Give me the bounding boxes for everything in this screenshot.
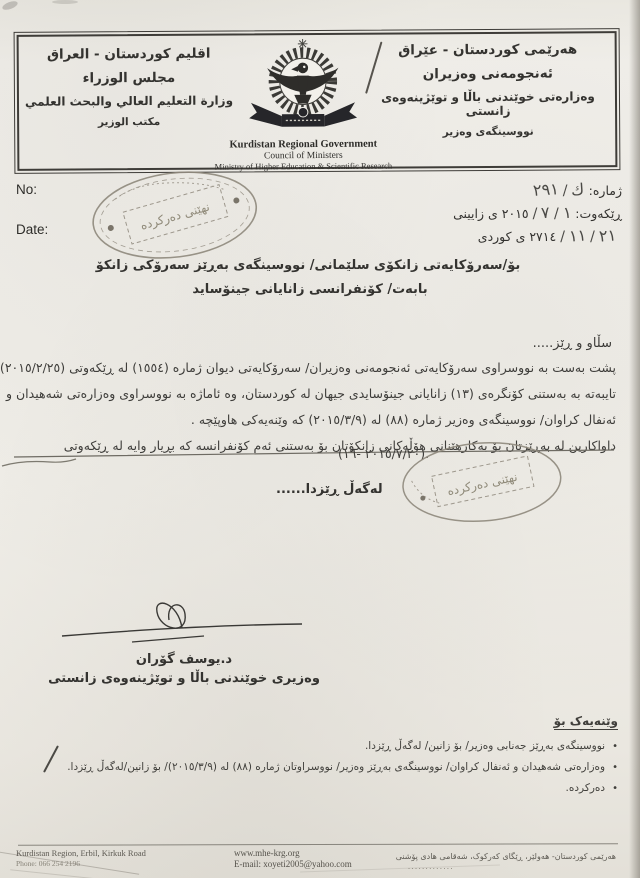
letterhead-arabic-block: اقليم كوردستان - العراق مجلس الوزراء وزا… bbox=[23, 46, 235, 129]
footer-website: www.mhe-krg.org bbox=[234, 848, 352, 858]
footer-divider bbox=[18, 843, 618, 846]
slash-separator: / bbox=[533, 203, 538, 225]
signatory-title: وەزیری خوێندنی باڵا و توێژینەوەی زانستی bbox=[34, 671, 334, 686]
signature-block: د.یوسف گۆران وەزیری خوێندنی باڵا و توێژی… bbox=[34, 588, 334, 686]
cc-item: •وەزارەتی شەهیدان و ئەنفال کراوان/ نووسی… bbox=[20, 757, 618, 778]
date-label-ku: ڕێکەوت: bbox=[575, 203, 622, 225]
arabic-line: مكتب الوزير bbox=[23, 116, 235, 129]
arabic-line: اقليم كوردستان - العراق bbox=[23, 46, 235, 63]
slash-separator: / bbox=[590, 226, 595, 248]
cc-heading: وێنەیەک بۆ bbox=[554, 714, 618, 730]
bullet-icon: • bbox=[612, 737, 618, 757]
signatory-name: د.یوسف گۆران bbox=[34, 652, 334, 667]
body-line: تایبەتە بە بەستنی کۆنگرەی (١٣) زانایانی … bbox=[24, 381, 616, 407]
no-label: No: bbox=[16, 182, 37, 197]
handwritten-signature bbox=[54, 588, 314, 646]
footer-kurdish-address: هەرێمی کوردستان- هەولێر، ڕێگای کەرکوک، ش… bbox=[396, 852, 616, 871]
kurdi-day-handwritten: ٢١ bbox=[598, 224, 617, 247]
footer-email: E-mail: xoyeti2005@yahoo.com bbox=[234, 859, 352, 869]
slash-separator: / bbox=[554, 203, 559, 225]
bullet-icon: • bbox=[612, 779, 618, 799]
oval-issued-stamp: نهێنی دەرکردە bbox=[395, 432, 569, 535]
number-label: ژماره: bbox=[589, 180, 622, 202]
scan-edge-shadow bbox=[629, 0, 640, 878]
cc-item-text: دەرکرده. bbox=[566, 782, 606, 794]
arabic-line: وزارة التعليم العالي والبحث العلمي bbox=[23, 94, 235, 109]
footer-address-ku: هەرێمی کوردستان- هەولێر، ڕێگای کەرکوک، ش… bbox=[396, 852, 616, 861]
footer-web-block: www.mhe-krg.org E-mail: xoyeti2005@yahoo… bbox=[234, 848, 352, 869]
salutation: سڵاو و ڕێز..... bbox=[533, 336, 612, 351]
stamp-handwriting: نهێنی دەرکردە bbox=[139, 199, 212, 233]
footer-phone: Phone: 066 254 2196 bbox=[16, 859, 146, 868]
scan-smudge bbox=[1, 0, 18, 12]
arabic-line: مجلس الوزراء bbox=[23, 70, 235, 87]
bullet-icon: • bbox=[612, 758, 618, 778]
cc-item-text: نووسینگەی بەڕێز جەنابی وەزیر/ بۆ زانین/ … bbox=[365, 740, 605, 752]
number-code-handwritten: ك bbox=[571, 179, 586, 202]
kurdish-line: نووسینگەی وەزیر bbox=[363, 125, 613, 139]
kurdish-line: هەرێمی کوردستان - عێراق bbox=[363, 41, 613, 59]
footer-address-en: Kurdistan Region, Erbil, Kirkuk Road bbox=[16, 848, 146, 858]
cc-section: وێنەیەک بۆ •نووسینگەی بەڕێز جەنابی وەزیر… bbox=[20, 710, 618, 799]
body-line: ئەنفال کراوان/ نووسینگەی وەزیر ژماره (٨٨… bbox=[24, 407, 616, 433]
gregorian-date-row: ڕێکەوت: ١ / ٧ / ٢٠١٥ ی زایینی bbox=[392, 202, 622, 225]
closing-line: لەگەڵ ڕێزدا...... bbox=[276, 482, 383, 497]
cc-item-text: وەزارەتی شەهیدان و ئەنفال کراوان/ نووسین… bbox=[67, 761, 605, 773]
slash-separator: / bbox=[563, 180, 568, 202]
kurdish-line: ئەنجومەنی وەزیران bbox=[363, 65, 613, 83]
subject-line: بابەت/ کۆنفرانسی زانایانی جینۆساید bbox=[0, 282, 620, 297]
scan-smudge bbox=[52, 0, 78, 4]
cc-item: •دەرکرده. bbox=[20, 778, 618, 799]
stamp-handwriting: نهێنی دەرکردە bbox=[446, 470, 519, 500]
kurdish-line: وەزارەتی خوێندنی باڵا و توێژینەوەی زانست… bbox=[363, 89, 613, 119]
addressee-line: بۆ/سەرۆکایەتی زانکۆی سلێمانی/ نووسینگەی … bbox=[0, 258, 616, 273]
footer-dashes: ............. bbox=[396, 862, 616, 871]
scan-crease bbox=[10, 869, 100, 878]
date-label: Date: bbox=[16, 222, 48, 237]
kurdi-year-printed: ٢٧١٤ ی کوردی bbox=[478, 226, 556, 248]
scanned-letter-page: هەرێمی کوردستان - عێراق ئەنجومەنی وەزیرا… bbox=[0, 0, 640, 878]
number-value-handwritten: ٢٩١ bbox=[532, 178, 559, 202]
cc-item: •نووسینگەی بەڕێز جەنابی وەزیر/ بۆ زانین/… bbox=[20, 736, 618, 757]
kurdi-month-handwritten: ١١ bbox=[568, 224, 587, 247]
kurdish-date-row: ٢١ / ١١ / ٢٧١٤ ی کوردی bbox=[392, 225, 622, 248]
reference-number-row: ژماره: ك / ٢٩١ bbox=[392, 179, 622, 202]
greg-year-printed: ٢٠١٥ ی زایینی bbox=[453, 203, 529, 225]
body-line: پشت بەست بە نووسراوی سەرۆکایەتی ئەنجومەن… bbox=[24, 355, 616, 381]
footer-english-address: Kurdistan Region, Erbil, Kirkuk Road Pho… bbox=[16, 848, 146, 868]
letterhead: هەرێمی کوردستان - عێراق ئەنجومەنی وەزیرا… bbox=[14, 28, 621, 174]
greg-month-handwritten: ٧ bbox=[541, 202, 551, 225]
reference-block: ژماره: ك / ٢٩١ ڕێکەوت: ١ / ٧ / ٢٠١٥ ی زا… bbox=[392, 179, 622, 248]
slash-separator: / bbox=[560, 226, 565, 248]
letterhead-kurdish-block: هەرێمی کوردستان - عێراق ئەنجومەنی وەزیرا… bbox=[363, 41, 614, 139]
krg-eagle-emblem-icon bbox=[245, 37, 362, 142]
greg-day-handwritten: ١ bbox=[562, 202, 572, 225]
